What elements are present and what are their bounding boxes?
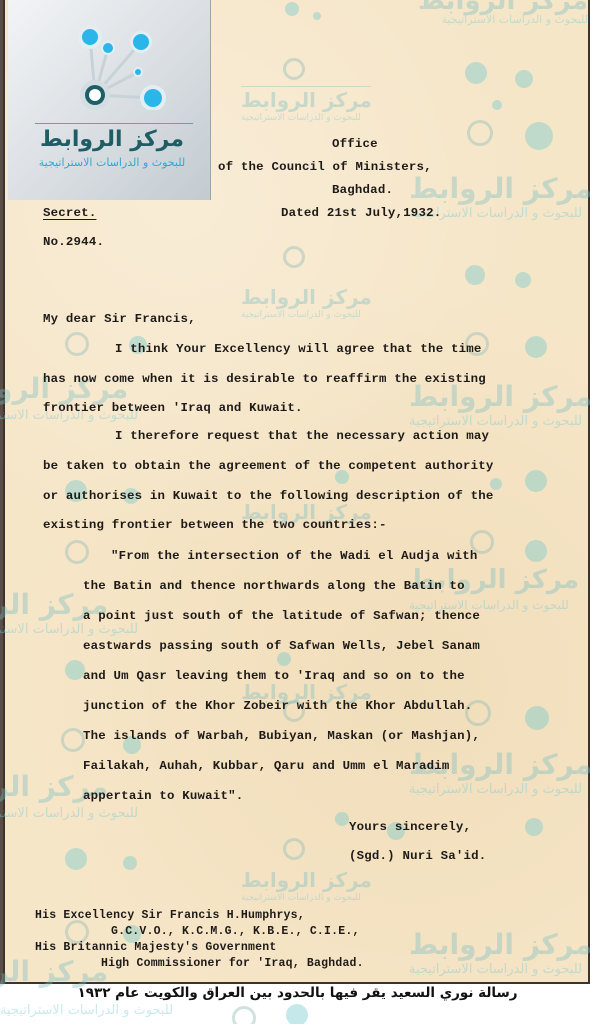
city-line: Baghdad. bbox=[332, 183, 393, 197]
office-line: Office bbox=[332, 137, 378, 151]
watermark-brand: مركز الروابط bbox=[241, 88, 372, 112]
watermark-brand: مركز الروابط bbox=[241, 285, 372, 309]
quote-line: junction of the Khor Zobeir with the Kho… bbox=[83, 699, 472, 713]
watermark-tagline: للبحوث و الدراسات الاستراتيجية bbox=[442, 13, 588, 26]
watermark-ring bbox=[232, 1006, 256, 1024]
watermark-dot bbox=[286, 1004, 308, 1024]
paragraph2-line: or authorises in Kuwait to the following… bbox=[43, 489, 494, 503]
paragraph1-line: has now come when it is desirable to rea… bbox=[43, 372, 486, 386]
watermark-tagline: للبحوث و الدراسات الاستراتيجية bbox=[0, 1003, 173, 1018]
watermark-brand: مركز الروابط bbox=[409, 172, 592, 205]
salutation: My dear Sir Francis, bbox=[43, 312, 196, 326]
logo-divider bbox=[35, 123, 193, 124]
brand-logo: مركز الروابط للبحوث و الدراسات الاستراتي… bbox=[8, 0, 211, 200]
watermark-tagline: للبحوث و الدراسات الاستراتيجية bbox=[241, 310, 361, 320]
council-line: of the Council of Ministers, bbox=[218, 160, 432, 174]
watermark-tagline: للبحوث و الدراسات الاستراتيجية bbox=[409, 782, 582, 797]
watermark-brand: مركز الروابط bbox=[241, 868, 372, 892]
date-line: Dated 21st July,1932. bbox=[281, 206, 441, 220]
quote-line: "From the intersection of the Wadi el Au… bbox=[111, 549, 478, 563]
watermark-brand: مركز الروابط bbox=[409, 928, 592, 961]
paragraph2-line: be taken to obtain the agreement of the … bbox=[43, 459, 494, 473]
classification: Secret. bbox=[43, 206, 96, 220]
network-nodes-icon bbox=[68, 20, 178, 110]
signature: (Sgd.) Nuri Sa'id. bbox=[349, 849, 486, 863]
addressee-line: G.C.V.O., K.C.M.G., K.B.E., C.I.E., bbox=[111, 925, 360, 938]
image-caption: رسالة نوري السعيد يقر فيها بالحدود بين ا… bbox=[0, 985, 595, 1001]
watermark-tagline: للبحوث و الدراسات الاستراتيجية bbox=[409, 414, 582, 429]
logo-subtitle: للبحوث و الدراسات الاستراتيجية bbox=[22, 156, 202, 169]
paragraph1-line: frontier between 'Iraq and Kuwait. bbox=[43, 401, 303, 415]
addressee-line: High Commissioner for 'Iraq, Baghdad. bbox=[101, 957, 364, 970]
logo-title: مركز الروابط bbox=[22, 127, 202, 152]
paragraph2-line: existing frontier between the two countr… bbox=[43, 518, 387, 532]
quote-line: Failakah, Auhah, Kubbar, Qaru and Umm el… bbox=[83, 759, 450, 773]
quote-line: the Batin and thence northwards along th… bbox=[83, 579, 465, 593]
quote-line: The islands of Warbah, Bubiyan, Maskan (… bbox=[83, 729, 480, 743]
addressee-line: His Britannic Majesty's Government bbox=[35, 941, 276, 954]
watermark-tagline: للبحوث و الدراسات الاستراتيجية bbox=[241, 113, 361, 123]
watermark-brand: مركز الروابط bbox=[0, 955, 108, 988]
addressee-line: His Excellency Sir Francis H.Humphrys, bbox=[35, 909, 305, 922]
quote-line: eastwards passing south of Safwan Wells,… bbox=[83, 639, 480, 653]
paragraph1-line: I think Your Excellency will agree that … bbox=[115, 342, 482, 356]
quote-line: appertain to Kuwait". bbox=[83, 789, 243, 803]
watermark-tagline: للبحوث و الدراسات الاستراتيجية bbox=[409, 962, 582, 977]
watermark-brand: مركز الروابط bbox=[418, 0, 588, 16]
watermark-tagline: للبحوث و الدراسات الاستراتيجية bbox=[241, 893, 361, 903]
watermark-tagline: للبحوث و الدراسات الاستراتيجية bbox=[0, 806, 138, 821]
quote-line: a point just south of the latitude of Sa… bbox=[83, 609, 480, 623]
paragraph2-line: I therefore request that the necessary a… bbox=[115, 429, 489, 443]
watermark-tagline: للبحوث و الدراسات الاستراتيجية bbox=[0, 622, 138, 637]
reference-number: No.2944. bbox=[43, 235, 104, 249]
quote-line: and Um Qasr leaving them to 'Iraq and so… bbox=[83, 669, 465, 683]
closing: Yours sincerely, bbox=[349, 820, 471, 834]
